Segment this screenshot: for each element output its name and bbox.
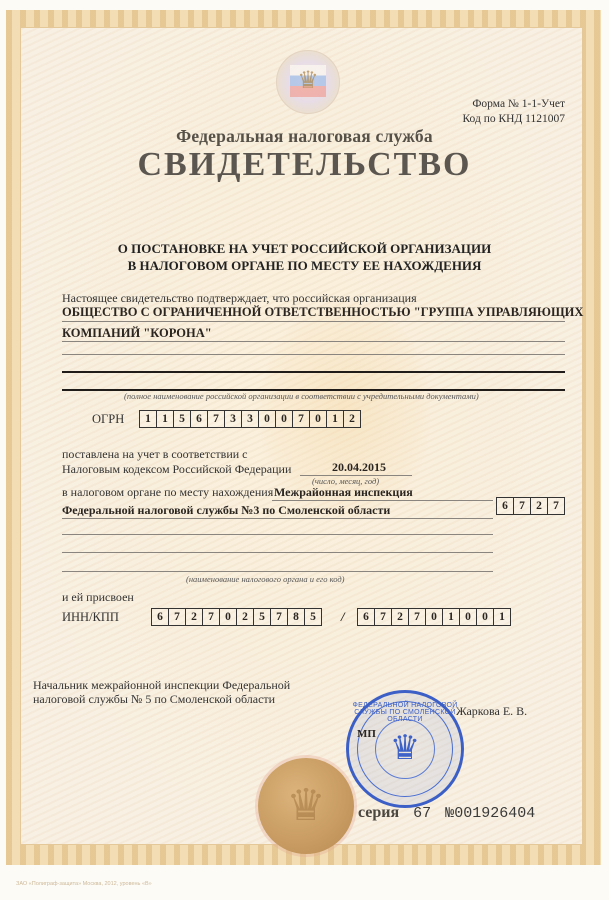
digit-cell: 6 (152, 609, 169, 625)
authority-underline-2 (62, 518, 493, 519)
official-stamp: ФЕДЕРАЛЬНОЙ НАЛОГОВОЙ СЛУЖБЫ ПО СМОЛЕНСК… (346, 690, 464, 808)
digit-cell: 3 (225, 411, 242, 427)
authority-code-field: 6727 (496, 497, 565, 515)
digit-cell: 0 (276, 411, 293, 427)
digit-cell: 1 (327, 411, 344, 427)
knd-code: Код по КНД 1121007 (462, 112, 565, 127)
digit-cell: 6 (191, 411, 208, 427)
series-value: 67 (413, 805, 431, 822)
digit-cell: 7 (203, 609, 220, 625)
document-number: №001926404 (445, 805, 535, 822)
signer-position: Начальник межрайонной инспекции Федераль… (33, 678, 290, 706)
organization-intro: Настоящее свидетельство подтверждает, чт… (62, 291, 417, 306)
authority-name-line-1: Межрайонная инспекция (274, 485, 413, 500)
embossed-eagle-icon: ♛ (258, 758, 354, 854)
double-headed-eagle-icon: ♛ (277, 65, 339, 97)
digit-cell: 5 (174, 411, 191, 427)
authority-label: в налоговом органе по месту нахождения (62, 485, 273, 500)
digit-cell: 5 (305, 609, 321, 625)
inn-kpp-label: ИНН/КПП (62, 610, 119, 625)
digit-cell: 2 (392, 609, 409, 625)
serial-number: серия67№001926404 (358, 804, 535, 822)
digit-cell: 7 (375, 609, 392, 625)
form-number: Форма № 1-1-Учет (462, 97, 565, 112)
form-info: Форма № 1-1-Учет Код по КНД 1121007 (462, 97, 565, 127)
digit-cell: 6 (497, 498, 514, 514)
signer-name: Жаркова Е. В. (456, 704, 527, 719)
digit-cell: 2 (531, 498, 548, 514)
digit-cell: 0 (426, 609, 443, 625)
digit-cell: 7 (271, 609, 288, 625)
ogrn-label: ОГРН (92, 412, 124, 427)
digit-cell: 7 (169, 609, 186, 625)
authority-hint: (наименование налогового органа и его ко… (186, 574, 345, 584)
digit-cell: 5 (254, 609, 271, 625)
document-subtitle: О ПОСТАНОВКЕ НА УЧЕТ РОССИЙСКОЙ ОРГАНИЗА… (0, 240, 609, 274)
digit-cell: 0 (220, 609, 237, 625)
digit-cell: 2 (186, 609, 203, 625)
organization-name-hint: (полное наименование российской организа… (124, 391, 479, 401)
gold-seal: ♛ (258, 758, 354, 854)
inn-field: 6727025785 (151, 608, 322, 626)
authority-name-line-2: Федеральной налоговой службы №3 по Смоле… (62, 503, 390, 518)
signer-position-line-2: налоговой службы № 5 по Смоленской облас… (33, 692, 290, 706)
subtitle-line-2: В НАЛОГОВОМ ОРГАНЕ ПО МЕСТУ ЕЕ НАХОЖДЕНИ… (0, 257, 609, 274)
organization-name-line-2: КОМПАНИЙ "КОРОНА" (62, 326, 212, 341)
authority-underline-4 (62, 552, 493, 553)
printer-note: ЗАО «Полиграф-защита» Москва, 2012, уров… (16, 881, 152, 887)
signer-position-line-1: Начальник межрайонной инспекции Федераль… (33, 678, 290, 692)
digit-cell: 1 (494, 609, 510, 625)
ogrn-field: 1156733007012 (139, 410, 361, 428)
name-underline-2 (62, 341, 565, 342)
digit-cell: 8 (288, 609, 305, 625)
digit-cell: 7 (208, 411, 225, 427)
authority-underline-5 (62, 571, 493, 572)
digit-cell: 3 (242, 411, 259, 427)
agency-name: Федеральная налоговая служба (0, 126, 609, 147)
digit-cell: 7 (409, 609, 426, 625)
stamp-place-label: МП (357, 728, 376, 740)
digit-cell: 2 (237, 609, 254, 625)
digit-cell: 0 (259, 411, 276, 427)
organization-name-line-1: ОБЩЕСТВО С ОГРАНИЧЕННОЙ ОТВЕТСТВЕННОСТЬЮ… (62, 305, 583, 320)
digit-cell: 7 (514, 498, 531, 514)
digit-cell: 1 (157, 411, 174, 427)
registration-line-2: Налоговым кодексом Российской Федерации (62, 462, 291, 477)
registration-line-1: поставлена на учет в соответствии с (62, 447, 247, 462)
digit-cell: 0 (477, 609, 494, 625)
kpp-field: 672701001 (357, 608, 511, 626)
assigned-label: и ей присвоен (62, 590, 134, 605)
subtitle-line-1: О ПОСТАНОВКЕ НА УЧЕТ РОССИЙСКОЙ ОРГАНИЗА… (0, 240, 609, 257)
digit-cell: 2 (344, 411, 360, 427)
authority-underline-1 (272, 500, 493, 501)
hologram-emblem-icon: ♛ (276, 50, 340, 114)
name-underline-1 (62, 321, 565, 322)
digit-cell: 1 (140, 411, 157, 427)
digit-cell: 1 (443, 609, 460, 625)
document-title: СВИДЕТЕЛЬСТВО (0, 146, 609, 184)
inn-kpp-separator: / (341, 609, 345, 625)
digit-cell: 0 (310, 411, 327, 427)
digit-cell: 7 (548, 498, 564, 514)
name-underline-4 (62, 371, 565, 373)
series-label: серия (358, 804, 399, 821)
registration-date: 20.04.2015 (309, 460, 409, 475)
stamp-eagle-icon: ♛ (349, 693, 461, 805)
authority-underline-3 (62, 534, 493, 535)
digit-cell: 7 (293, 411, 310, 427)
digit-cell: 6 (358, 609, 375, 625)
name-underline-3 (62, 354, 565, 355)
digit-cell: 0 (460, 609, 477, 625)
